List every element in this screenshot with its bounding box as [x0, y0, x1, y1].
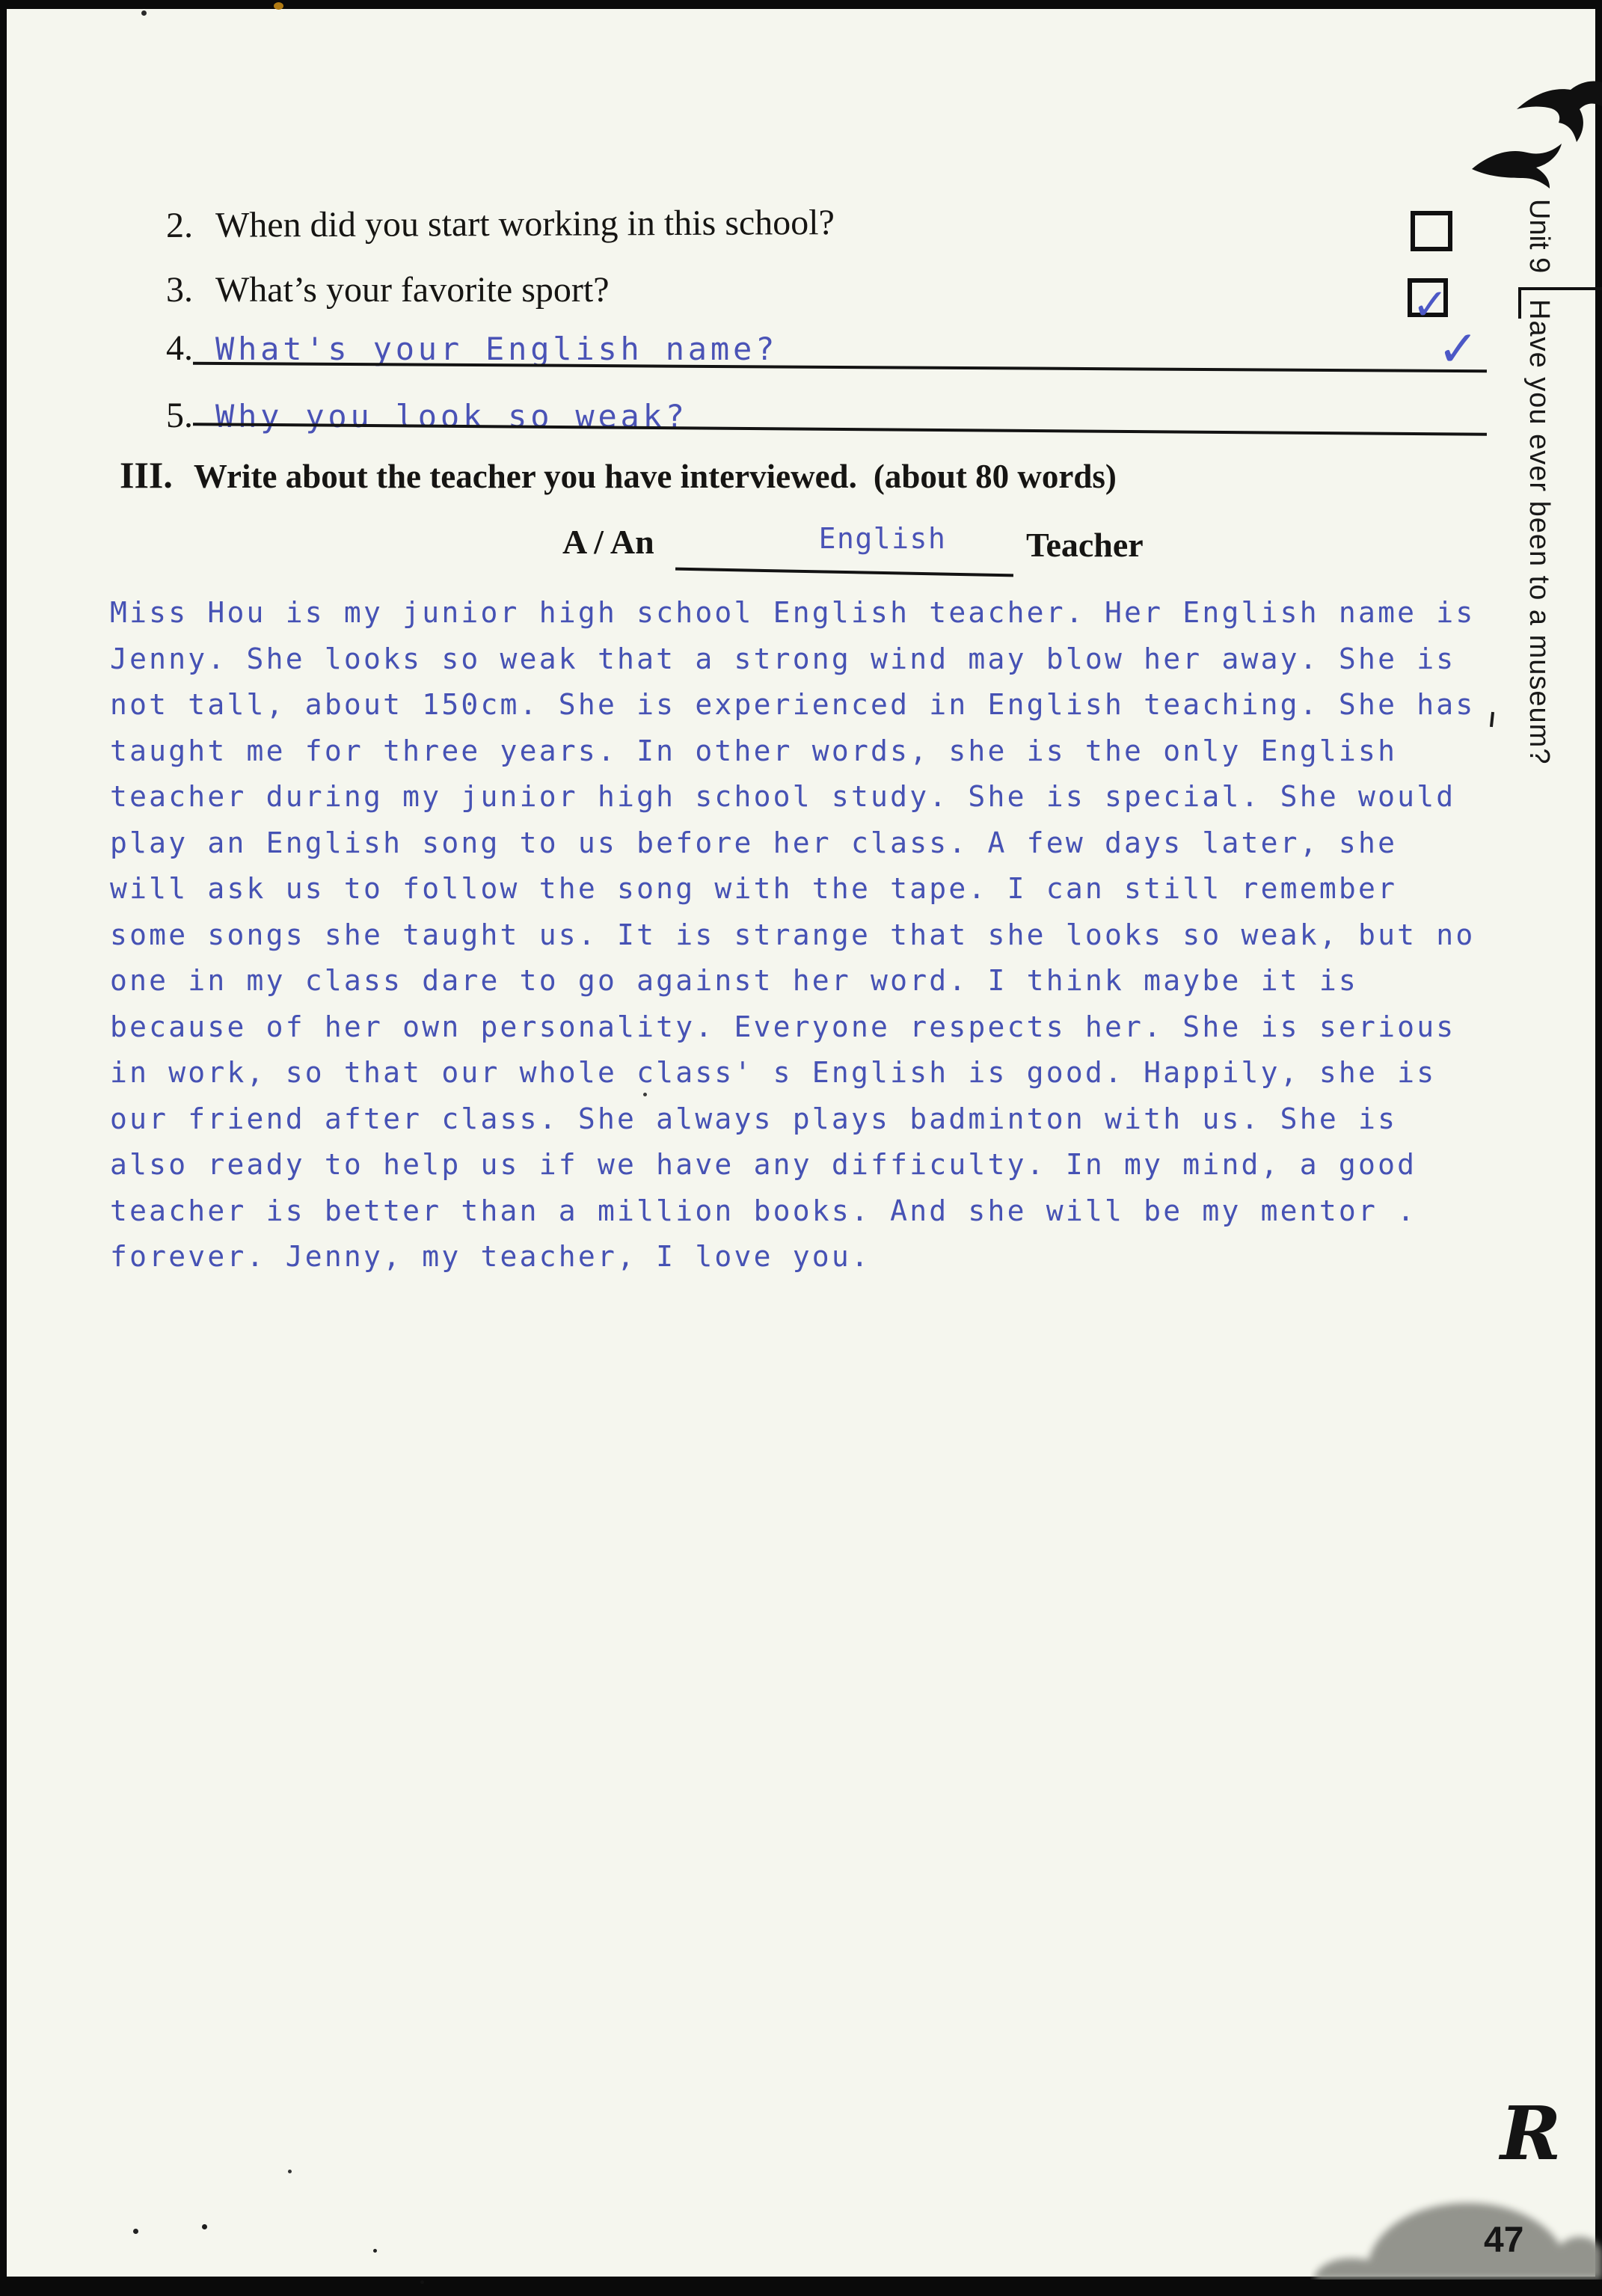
sidebar-unit-label: Unit 9 — [1523, 199, 1555, 273]
check-mark-question-4: ✓ — [1437, 325, 1479, 374]
essay-line: in work, so that our whole class' s Engl… — [110, 1050, 1538, 1096]
section-3-header: III.Write about the teacher you have int… — [120, 453, 1117, 497]
scan-border-top — [0, 0, 1602, 9]
essay-line: Jenny. She looks so weak that a strong w… — [110, 636, 1538, 683]
sidebar-unit-question: Have you ever been to a museum? — [1523, 299, 1555, 764]
title-article-prefix: A / An — [562, 522, 654, 562]
scan-border-left — [0, 0, 7, 2296]
scan-specks — [0, 0, 2, 2]
flying-birds-icon — [1457, 79, 1602, 193]
checkbox-question-2 — [1411, 211, 1452, 251]
title-blank-line — [675, 568, 1013, 577]
essay-line: will ask us to follow the song with the … — [110, 866, 1538, 912]
question-5: 5.Why you look so weak? — [166, 395, 688, 436]
question-3-number: 3. — [166, 269, 215, 310]
page-number: 47 — [1484, 2220, 1523, 2261]
essay-line: also ready to help us if we have any dif… — [110, 1142, 1538, 1188]
essay-line: Miss Hou is my junior high school Englis… — [110, 590, 1538, 636]
question-5-number: 5. — [166, 395, 215, 436]
scan-dot — [274, 2, 283, 10]
question-3-text: What’s your favorite sport? — [215, 270, 610, 310]
essay-line: some songs she taught us. It is strange … — [110, 912, 1538, 959]
essay-line: not tall, about 150cm. She is experience… — [110, 682, 1538, 728]
essay-line: taught me for three years. In other word… — [110, 728, 1538, 775]
scan-smudge-blob — [1310, 2148, 1602, 2280]
essay-line: teacher during my junior high school stu… — [110, 774, 1538, 820]
question-2: 2.When did you start working in this sch… — [166, 202, 835, 246]
sidebar-divider-tick — [1518, 287, 1521, 319]
essay-text: Miss Hou is my junior high school Englis… — [110, 590, 1538, 1280]
sidebar-divider — [1518, 287, 1602, 290]
essay-line: our friend after class. She always plays… — [110, 1096, 1538, 1143]
question-3: 3.What’s your favorite sport? — [166, 269, 610, 310]
essay-line: teacher is better than a million books. … — [110, 1188, 1538, 1235]
title-noun: Teacher — [1026, 525, 1144, 565]
question-2-number: 2. — [166, 205, 215, 246]
essay-line: forever. Jenny, my teacher, I love you. — [110, 1234, 1538, 1280]
section-3-number: III. — [120, 454, 173, 496]
section-3-word-count-hint: (about 80 words) — [874, 458, 1117, 495]
essay-line: one in my class dare to go against her w… — [110, 958, 1538, 1004]
section-3-title: Write about the teacher you have intervi… — [194, 458, 857, 495]
question-2-text: When did you start working in this schoo… — [215, 203, 835, 245]
workbook-page: 2.When did you start working in this sch… — [0, 0, 1602, 2296]
scan-border-right — [1595, 0, 1602, 2296]
essay-line: play an English song to us before her cl… — [110, 820, 1538, 867]
essay-line: because of her own personality. Everyone… — [110, 1004, 1538, 1051]
title-blank-handwritten: English — [748, 522, 1017, 555]
